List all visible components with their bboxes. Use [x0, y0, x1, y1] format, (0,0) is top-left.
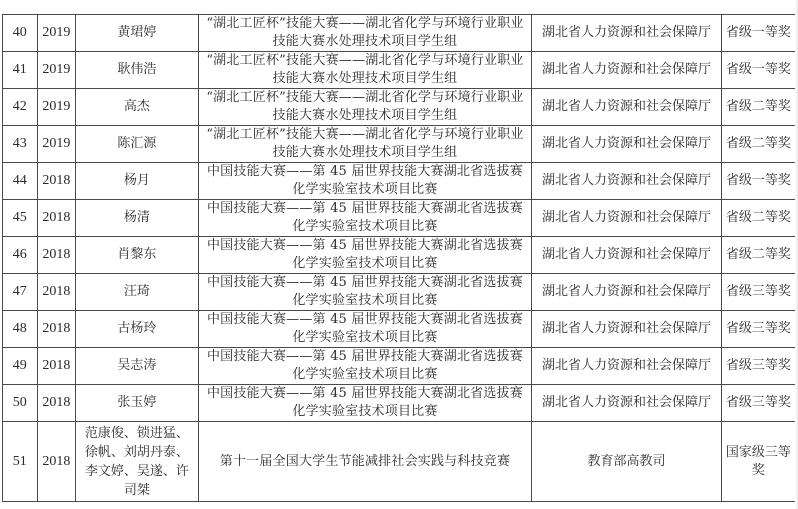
row-award: 省级二等奖: [721, 126, 795, 163]
table-row: 51 2018 范康俊、锁进猛、徐帆、刘胡丹泰、李文婷、吴遂、许司桀 第十一届全…: [3, 422, 796, 502]
row-number: 49: [3, 348, 38, 385]
row-student-name: 肖黎东: [76, 237, 198, 274]
row-student-name: 张玉婷: [76, 385, 198, 422]
row-award: 省级一等奖: [721, 163, 795, 200]
row-year: 2018: [37, 422, 76, 502]
row-year: 2018: [37, 385, 76, 422]
row-number: 41: [3, 52, 38, 89]
row-number: 48: [3, 311, 38, 348]
row-student-name: 杨月: [76, 163, 198, 200]
row-organizer: 湖北省人力资源和社会保障厅: [532, 15, 721, 52]
table-row: 40 2019 黄珺婷 “湖北工匠杯”技能大赛——湖北省化学与环境行业职业技能大…: [3, 15, 796, 52]
row-year: 2019: [37, 89, 76, 126]
row-competition: 中国技能大赛——第 45 届世界技能大赛湖北省选拔赛化学实验室技术项目比赛: [198, 163, 532, 200]
row-organizer: 湖北省人力资源和社会保障厅: [532, 52, 721, 89]
row-student-name: 杨清: [76, 200, 198, 237]
row-number: 44: [3, 163, 38, 200]
table-row: 42 2019 高杰 “湖北工匠杯”技能大赛——湖北省化学与环境行业职业技能大赛…: [3, 89, 796, 126]
row-organizer: 湖北省人力资源和社会保障厅: [532, 237, 721, 274]
row-year: 2019: [37, 15, 76, 52]
row-number: 50: [3, 385, 38, 422]
row-organizer: 湖北省人力资源和社会保障厅: [532, 311, 721, 348]
row-competition: “湖北工匠杯”技能大赛——湖北省化学与环境行业职业技能大赛水处理技术项目学生组: [198, 15, 532, 52]
table-row: 44 2018 杨月 中国技能大赛——第 45 届世界技能大赛湖北省选拔赛化学实…: [3, 163, 796, 200]
table-row: 48 2018 古杨玲 中国技能大赛——第 45 届世界技能大赛湖北省选拔赛化学…: [3, 311, 796, 348]
row-organizer: 湖北省人力资源和社会保障厅: [532, 385, 721, 422]
table-row: 45 2018 杨清 中国技能大赛——第 45 届世界技能大赛湖北省选拔赛化学实…: [3, 200, 796, 237]
row-organizer: 教育部高教司: [532, 422, 721, 502]
row-competition: 中国技能大赛——第 45 届世界技能大赛湖北省选拔赛化学实验室技术项目比赛: [198, 385, 532, 422]
row-number: 45: [3, 200, 38, 237]
row-competition: 中国技能大赛——第 45 届世界技能大赛湖北省选拔赛化学实验室技术项目比赛: [198, 274, 532, 311]
row-competition: 第十一届全国大学生节能减排社会实践与科技竞赛: [198, 422, 532, 502]
row-year: 2019: [37, 126, 76, 163]
row-organizer: 湖北省人力资源和社会保障厅: [532, 89, 721, 126]
row-organizer: 湖北省人力资源和社会保障厅: [532, 163, 721, 200]
row-award: 省级二等奖: [721, 89, 795, 126]
row-award: 省级三等奖: [721, 274, 795, 311]
row-award: 省级三等奖: [721, 385, 795, 422]
row-award: 省级一等奖: [721, 15, 795, 52]
row-competition: 中国技能大赛——第 45 届世界技能大赛湖北省选拔赛化学实验室技术项目比赛: [198, 200, 532, 237]
row-competition: 中国技能大赛——第 45 届世界技能大赛湖北省选拔赛化学实验室技术项目比赛: [198, 237, 532, 274]
row-year: 2018: [37, 274, 76, 311]
row-year: 2018: [37, 311, 76, 348]
row-year: 2018: [37, 163, 76, 200]
row-competition: 中国技能大赛——第 45 届世界技能大赛湖北省选拔赛化学实验室技术项目比赛: [198, 311, 532, 348]
row-award: 省级二等奖: [721, 237, 795, 274]
row-award: 省级二等奖: [721, 200, 795, 237]
row-year: 2018: [37, 200, 76, 237]
row-number: 47: [3, 274, 38, 311]
table-row: 49 2018 吴志涛 中国技能大赛——第 45 届世界技能大赛湖北省选拔赛化学…: [3, 348, 796, 385]
table-row: 41 2019 耿伟浩 “湖北工匠杯”技能大赛——湖北省化学与环境行业职业技能大…: [3, 52, 796, 89]
row-student-name: 陈汇源: [76, 126, 198, 163]
table-row: 46 2018 肖黎东 中国技能大赛——第 45 届世界技能大赛湖北省选拔赛化学…: [3, 237, 796, 274]
awards-table: 40 2019 黄珺婷 “湖北工匠杯”技能大赛——湖北省化学与环境行业职业技能大…: [2, 14, 796, 502]
row-student-name: 高杰: [76, 89, 198, 126]
row-year: 2018: [37, 237, 76, 274]
row-competition: “湖北工匠杯”技能大赛——湖北省化学与环境行业职业技能大赛水处理技术项目学生组: [198, 126, 532, 163]
row-organizer: 湖北省人力资源和社会保障厅: [532, 126, 721, 163]
row-competition: “湖北工匠杯”技能大赛——湖北省化学与环境行业职业技能大赛水处理技术项目学生组: [198, 52, 532, 89]
row-year: 2018: [37, 348, 76, 385]
row-organizer: 湖北省人力资源和社会保障厅: [532, 348, 721, 385]
table-row: 50 2018 张玉婷 中国技能大赛——第 45 届世界技能大赛湖北省选拔赛化学…: [3, 385, 796, 422]
row-number: 42: [3, 89, 38, 126]
row-number: 46: [3, 237, 38, 274]
row-competition: “湖北工匠杯”技能大赛——湖北省化学与环境行业职业技能大赛水处理技术项目学生组: [198, 89, 532, 126]
table-row: 43 2019 陈汇源 “湖北工匠杯”技能大赛——湖北省化学与环境行业职业技能大…: [3, 126, 796, 163]
row-number: 43: [3, 126, 38, 163]
row-student-name: 吴志涛: [76, 348, 198, 385]
row-number: 40: [3, 15, 38, 52]
row-award: 国家级三等奖: [721, 422, 795, 502]
row-competition: 中国技能大赛——第 45 届世界技能大赛湖北省选拔赛化学实验室技术项目比赛: [198, 348, 532, 385]
row-student-name: 汪琦: [76, 274, 198, 311]
row-student-name: 古杨玲: [76, 311, 198, 348]
row-award: 省级三等奖: [721, 348, 795, 385]
table-row: 47 2018 汪琦 中国技能大赛——第 45 届世界技能大赛湖北省选拔赛化学实…: [3, 274, 796, 311]
row-number: 51: [3, 422, 38, 502]
row-organizer: 湖北省人力资源和社会保障厅: [532, 200, 721, 237]
row-award: 省级三等奖: [721, 311, 795, 348]
row-organizer: 湖北省人力资源和社会保障厅: [532, 274, 721, 311]
row-year: 2019: [37, 52, 76, 89]
row-student-name: 黄珺婷: [76, 15, 198, 52]
row-award: 省级一等奖: [721, 52, 795, 89]
row-student-names: 范康俊、锁进猛、徐帆、刘胡丹泰、李文婷、吴遂、许司桀: [76, 422, 198, 502]
row-student-name: 耿伟浩: [76, 52, 198, 89]
